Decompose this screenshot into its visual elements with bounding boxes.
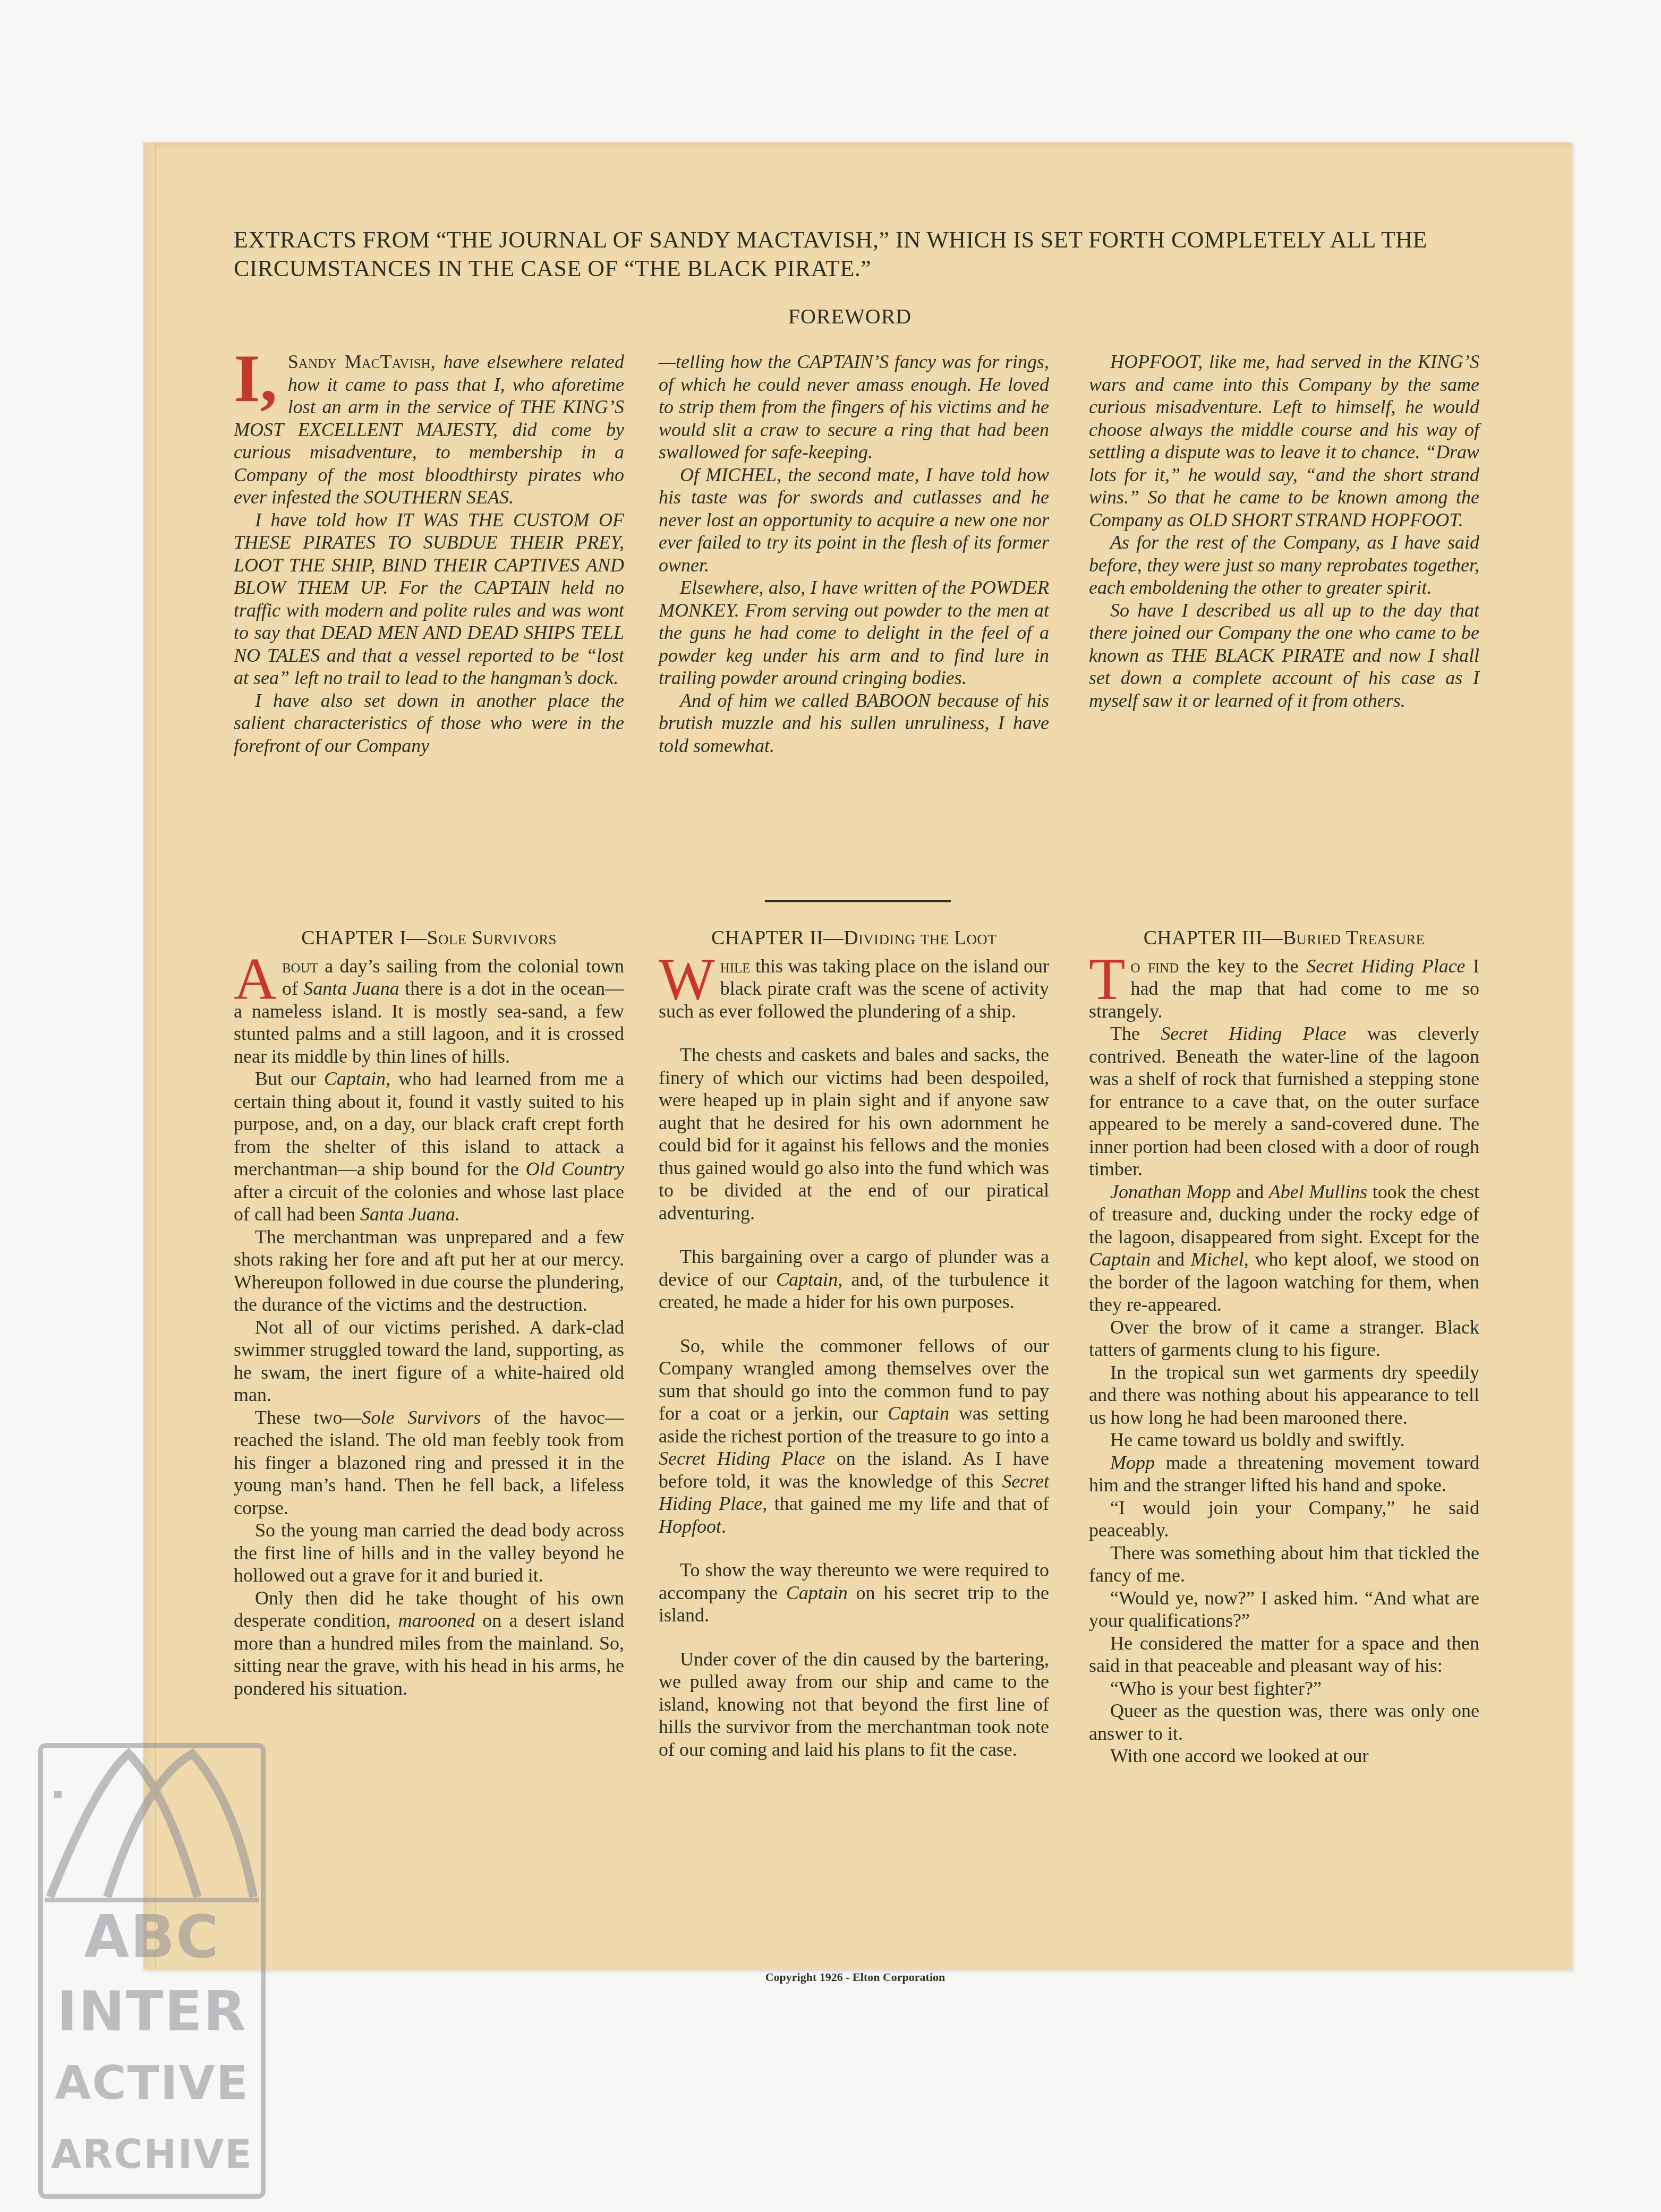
- chapter-paragraph: These two—Sole Survivors of the havoc—re…: [234, 1406, 624, 1519]
- chapter-paragraph: Mopp made a threatening movement toward …: [1089, 1451, 1479, 1497]
- archive-watermark-logo: ABC INTER ACTIVE ARCHIVE: [38, 1743, 266, 2199]
- foreword-paragraph: I have also set down in another place th…: [234, 689, 624, 757]
- page-heading: Extracts from “The Journal of Sandy MacT…: [234, 226, 1498, 283]
- watermark-line-abc: ABC: [45, 1902, 259, 1971]
- chapter-1: CHAPTER I—Sole SurvivorsAbout a day’s sa…: [234, 927, 624, 1699]
- chapter-title: CHAPTER III—Buried Treasure: [1089, 927, 1479, 950]
- chapter-paragraph: While this was taking place on the islan…: [659, 955, 1049, 1023]
- chapter-paragraph: This bargaining over a cargo of plunder …: [659, 1245, 1049, 1313]
- chapter-3: CHAPTER III—Buried TreasureTo find the k…: [1089, 927, 1479, 1767]
- foreword-paragraph: As for the rest of the Company, as I hav…: [1089, 531, 1479, 599]
- chapter-paragraph: “Who is your best fighter?”: [1089, 1677, 1479, 1700]
- chapter-paragraph: “Would ye, now?” I asked him. “And what …: [1089, 1587, 1479, 1632]
- chapter-paragraph: The merchantman was unprepared and a few…: [234, 1226, 624, 1316]
- chapter-paragraph: In the tropical sun wet garments dry spe…: [1089, 1361, 1479, 1429]
- watermark-arch-icon: [38, 1743, 266, 1902]
- drop-cap-letter: W: [659, 957, 715, 1002]
- chapter-paragraph: Not all of our victims perished. A dark-…: [234, 1316, 624, 1406]
- chapter-paragraph: So, while the commoner fellows of our Co…: [659, 1335, 1049, 1538]
- foreword-paragraph: So have I described us all up to the day…: [1089, 599, 1479, 712]
- chapter-paragraph: Only then did he take thought of his own…: [234, 1587, 624, 1700]
- chapter-paragraph: He came toward us boldly and swiftly.: [1089, 1429, 1479, 1451]
- chapter-paragraph: Queer as the question was, there was onl…: [1089, 1699, 1479, 1745]
- foreword-paragraph: Elsewhere, also, I have written of the P…: [659, 576, 1049, 689]
- chapter-2: CHAPTER II—Dividing the LootWhile this w…: [659, 927, 1049, 1761]
- chapter-paragraph: About a day’s sailing from the colonial …: [234, 955, 624, 1068]
- foreword-paragraph: Of MICHEL, the second mate, I have told …: [659, 464, 1049, 577]
- drop-cap-letter: A: [234, 957, 277, 1002]
- chapter-paragraph: Jonathan Mopp and Abel Mullins took the …: [1089, 1181, 1479, 1316]
- chapter-paragraph: Over the brow of it came a stranger. Bla…: [1089, 1316, 1479, 1361]
- foreword-paragraph: I have told how IT WAS THE CUSTOM OF THE…: [234, 509, 624, 689]
- chapter-paragraph: “I would join your Company,” he said pea…: [1089, 1497, 1479, 1542]
- chapter-paragraph: To find the key to the Secret Hiding Pla…: [1089, 955, 1479, 1023]
- watermark-line-active: ACTIVE: [45, 2048, 259, 2117]
- chapter-paragraph: To show the way thereunto we were requir…: [659, 1559, 1049, 1627]
- page-top-edge: [143, 142, 1572, 148]
- foreword-column-1: I,Sandy MacTavish, have elsewhere relate…: [234, 351, 624, 757]
- chapter-paragraph: So the young man carried the dead body a…: [234, 1519, 624, 1587]
- foreword-paragraph: And of him we called BABOON because of h…: [659, 689, 1049, 757]
- chapter-paragraph: The chests and caskets and bales and sac…: [659, 1044, 1049, 1224]
- chapter-paragraph: Under cover of the din caused by the bar…: [659, 1648, 1049, 1761]
- chapter-title: CHAPTER II—Dividing the Loot: [659, 927, 1049, 950]
- chapter-paragraph: There was something about him that tickl…: [1089, 1542, 1479, 1587]
- chapter-paragraph: But our Captain, who had learned from me…: [234, 1067, 624, 1226]
- section-divider: [765, 900, 951, 902]
- page-spine-edge: [143, 142, 156, 1969]
- chapter-paragraph: With one accord we looked at our: [1089, 1745, 1479, 1767]
- foreword-column-2: —telling how the CAPTAIN’S fancy was for…: [659, 351, 1049, 757]
- chapter-title: CHAPTER I—Sole Survivors: [234, 927, 624, 950]
- foreword-title: FOREWORD: [744, 304, 956, 329]
- foreword-paragraph: —telling how the CAPTAIN’S fancy was for…: [659, 351, 1049, 464]
- foreword-paragraph: HOPFOOT, like me, had served in the KING…: [1089, 351, 1479, 531]
- author-name: Sandy MacTavish,: [288, 351, 436, 372]
- watermark-line-inter: INTER: [45, 1977, 259, 2046]
- drop-cap-i: I,: [234, 353, 277, 404]
- watermark-line-archive: ARCHIVE: [45, 2120, 259, 2189]
- foreword-paragraph: I,Sandy MacTavish, have elsewhere relate…: [234, 351, 624, 509]
- foreword-column-3: HOPFOOT, like me, had served in the KING…: [1089, 351, 1479, 712]
- chapter-paragraph: The Secret Hiding Place was cleverly con…: [1089, 1022, 1479, 1181]
- drop-cap-letter: T: [1089, 957, 1125, 1002]
- chapter-paragraph: He considered the matter for a space and…: [1089, 1632, 1479, 1677]
- copyright-notice: Copyright 1926 - Elton Corporation: [696, 1970, 1015, 1984]
